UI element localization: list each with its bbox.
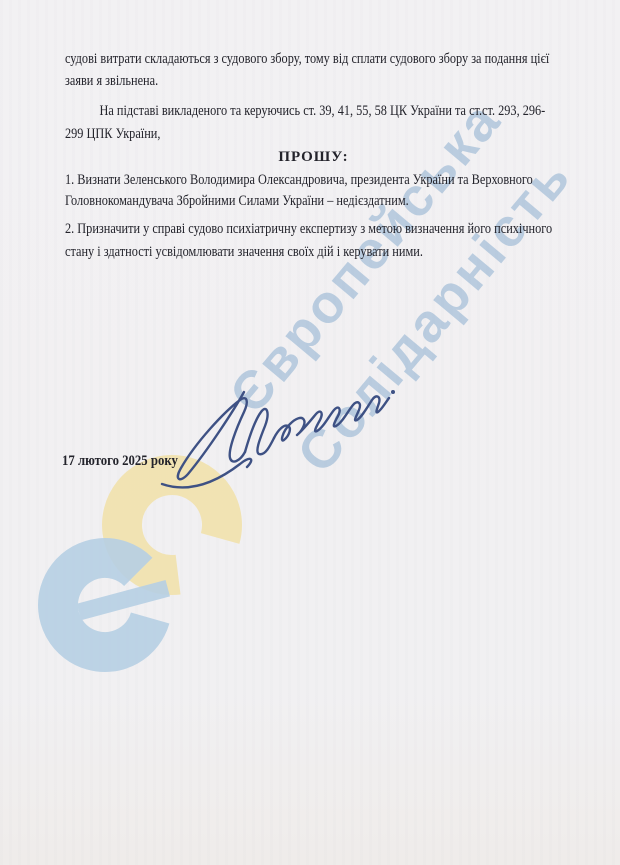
signature (148, 362, 398, 497)
document-line: 299 ЦПК України, (65, 125, 473, 143)
document-heading: ПРОШУ: (65, 148, 562, 166)
document-line: Головнокомандувача Збройними Силами Укра… (65, 192, 473, 210)
document-line: стану і здатності усвідомлювати значення… (65, 243, 473, 261)
document-line: судові витрати складаються з судового зб… (65, 50, 473, 68)
document-line: 2. Призначити у справі судово психіатрич… (65, 220, 473, 238)
document-line: На підставі викладеного та керуючись ст.… (65, 102, 507, 120)
document-line: 1. Визнати Зеленського Володимира Олекса… (65, 171, 473, 189)
scanned-document-page: Європейська Солідарність судові витрати … (0, 0, 620, 865)
document-line: заяви я звільнена. (65, 72, 473, 90)
